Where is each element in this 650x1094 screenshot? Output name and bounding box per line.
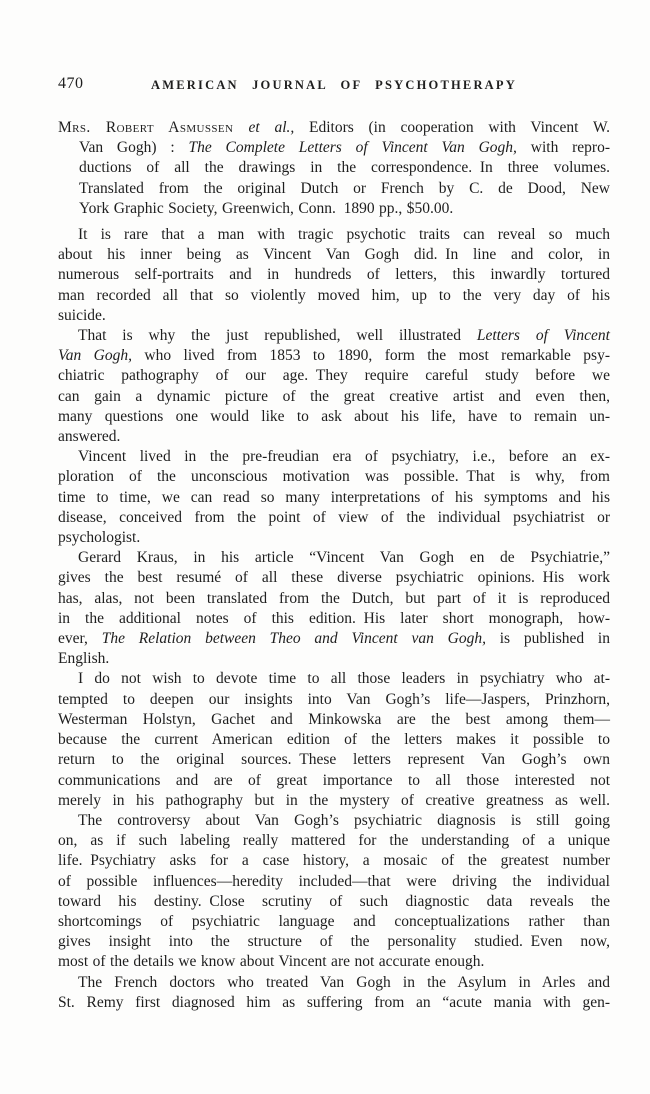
text-run: answered. <box>58 428 120 445</box>
text-run: in the additional notes of this edition.… <box>58 610 610 627</box>
paragraph: Vincent lived in the pre-freudian era of… <box>58 447 610 548</box>
text-line: merely in his pathography but in the mys… <box>58 791 610 811</box>
text-line: English. <box>58 649 610 669</box>
text-line: numerous self-portraits and in hundreds … <box>58 265 610 285</box>
text-line: return to the original sources. These le… <box>58 750 610 770</box>
text-line: many questions one would like to ask abo… <box>58 407 610 427</box>
text-line: suicide. <box>58 306 610 326</box>
text-line: disease, conceived from the point of vie… <box>58 508 610 528</box>
text-run: has, alas, not been translated from the … <box>58 590 610 607</box>
text-line: That is why the just republished, well i… <box>58 326 610 346</box>
text-line: communications and are of great importan… <box>58 771 610 791</box>
text-run: Westerman Holstyn, Gachet and Minkowska … <box>58 711 610 728</box>
text-run: It is rare that a man with tragic psycho… <box>78 226 610 243</box>
text-run: chiatric pathography of our age. They re… <box>58 367 610 384</box>
text-line: on, as if such labeling really mattered … <box>58 831 610 851</box>
text-line: time to time, we can read so many interp… <box>58 488 610 508</box>
text-line: life. Psychiatry asks for a case history… <box>58 851 610 871</box>
text-run: That is why the just republished, well i… <box>78 327 477 344</box>
text-run: who lived from 1853 to 1890, form the mo… <box>132 347 610 364</box>
text-run: ploration of the unconscious motivation … <box>58 468 610 485</box>
text-line: It is rare that a man with tragic psycho… <box>58 225 610 245</box>
text-line: man recorded all that so violently moved… <box>58 286 610 306</box>
text-run: I do not wish to devote time to all thos… <box>78 670 610 687</box>
text-line: can gain a dynamic picture of the great … <box>58 387 610 407</box>
text-run: because the current American edition of … <box>58 731 610 748</box>
paragraph: The French doctors who treated Van Gogh … <box>58 973 610 1013</box>
paragraph: Gerard Kraus, in his article “Vincent Va… <box>58 548 610 669</box>
text-line: Mrs. Robert Asmussen et al., Editors (in… <box>58 118 610 138</box>
text-run: gives the best resumé of all these diver… <box>58 569 610 586</box>
text-line: I do not wish to devote time to all thos… <box>58 669 610 689</box>
running-header: 470 AMERICAN JOURNAL OF PSYCHOTHERAPY <box>58 75 610 93</box>
text-line: ever, The Relation between Theo and Vinc… <box>58 629 610 649</box>
text-run: Van Gogh, <box>58 347 132 364</box>
text-run: Van Gogh) : <box>79 139 188 156</box>
text-run: shortcomings of psychiatric language and… <box>58 913 610 930</box>
text-run: Editors (in cooperation with Vincent W. <box>294 119 610 136</box>
citation-block: Mrs. Robert Asmussen et al., Editors (in… <box>58 118 610 219</box>
text-run: Translated from the original Dutch or Fr… <box>79 180 610 197</box>
text-line: Van Gogh, who lived from 1853 to 1890, f… <box>58 346 610 366</box>
text-line: St. Remy first diagnosed him as sufferin… <box>58 993 610 1013</box>
text-line: shortcomings of psychiatric language and… <box>58 912 610 932</box>
journal-title: AMERICAN JOURNAL OF PSYCHOTHERAPY <box>58 75 610 93</box>
text-line: gives the best resumé of all these diver… <box>58 568 610 588</box>
text-run: about his inner being as Vincent Van Gog… <box>58 246 610 263</box>
text-line: has, alas, not been translated from the … <box>58 589 610 609</box>
text-line: York Graphic Society, Greenwich, Conn. 1… <box>58 199 610 219</box>
text-line: chiatric pathography of our age. They re… <box>58 366 610 386</box>
text-run: is published in <box>486 630 610 647</box>
text-run: suicide. <box>58 307 106 324</box>
text-line: most of the details we know about Vincen… <box>58 952 610 972</box>
text-line: of possible influences—heredity included… <box>58 872 610 892</box>
text-run: many questions one would like to ask abo… <box>58 408 610 425</box>
text-run: ductions of all the drawings in the corr… <box>79 159 610 176</box>
text-line: Westerman Holstyn, Gachet and Minkowska … <box>58 710 610 730</box>
text-run: time to time, we can read so many interp… <box>58 489 610 506</box>
text-run: Mrs. Robert Asmussen <box>58 119 249 136</box>
text-line: ductions of all the drawings in the corr… <box>58 158 610 178</box>
text-column: 470 AMERICAN JOURNAL OF PSYCHOTHERAPY Mr… <box>58 0 610 1013</box>
text-run: Vincent lived in the pre-freudian era of… <box>78 448 610 465</box>
text-run: man recorded all that so violently moved… <box>58 287 610 304</box>
text-run: The controversy about Van Gogh’s psychia… <box>78 812 610 829</box>
text-run: The Complete Letters of Vincent Van Gogh… <box>188 139 516 156</box>
text-line: Van Gogh) : The Complete Letters of Vinc… <box>58 138 610 158</box>
text-line: Translated from the original Dutch or Fr… <box>58 179 610 199</box>
text-run: gives insight into the structure of the … <box>58 933 610 950</box>
text-run: return to the original sources. These le… <box>58 751 610 768</box>
text-line: tempted to deepen our insights into Van … <box>58 690 610 710</box>
text-line: Gerard Kraus, in his article “Vincent Va… <box>58 548 610 568</box>
text-line: ploration of the unconscious motivation … <box>58 467 610 487</box>
text-run: can gain a dynamic picture of the great … <box>58 388 610 405</box>
text-run: Gerard Kraus, in his article “Vincent Va… <box>78 549 610 566</box>
text-run: The French doctors who treated Van Gogh … <box>78 974 610 991</box>
review-body: It is rare that a man with tragic psycho… <box>58 225 610 1013</box>
text-run: with repro- <box>517 139 610 156</box>
text-line: because the current American edition of … <box>58 730 610 750</box>
text-run: numerous self-portraits and in hundreds … <box>58 266 610 283</box>
text-line: psychologist. <box>58 528 610 548</box>
text-run: of possible influences—heredity included… <box>58 873 610 890</box>
text-line: Vincent lived in the pre-freudian era of… <box>58 447 610 467</box>
text-run: psychologist. <box>58 529 140 546</box>
text-line: in the additional notes of this edition.… <box>58 609 610 629</box>
text-run: disease, conceived from the point of vie… <box>58 509 610 526</box>
text-run: toward his destiny. Close scrutiny of su… <box>58 893 610 910</box>
text-run: et al., <box>249 119 295 136</box>
text-line: The French doctors who treated Van Gogh … <box>58 973 610 993</box>
text-run: ever, <box>58 630 102 647</box>
text-run: life. Psychiatry asks for a case history… <box>58 852 610 869</box>
text-line: answered. <box>58 427 610 447</box>
text-line: The controversy about Van Gogh’s psychia… <box>58 811 610 831</box>
text-line: about his inner being as Vincent Van Gog… <box>58 245 610 265</box>
text-run: York Graphic Society, Greenwich, Conn. 1… <box>79 200 453 217</box>
paragraph: That is why the just republished, well i… <box>58 326 610 447</box>
page-number: 470 <box>58 75 84 93</box>
paragraph: The controversy about Van Gogh’s psychia… <box>58 811 610 973</box>
text-run: most of the details we know about Vincen… <box>58 953 484 970</box>
text-line: toward his destiny. Close scrutiny of su… <box>58 892 610 912</box>
text-line: gives insight into the structure of the … <box>58 932 610 952</box>
text-run: Letters of Vincent <box>477 327 610 344</box>
text-run: tempted to deepen our insights into Van … <box>58 691 610 708</box>
journal-page: 470 AMERICAN JOURNAL OF PSYCHOTHERAPY Mr… <box>0 0 650 1094</box>
paragraph: It is rare that a man with tragic psycho… <box>58 225 610 326</box>
text-run: English. <box>58 650 109 667</box>
text-run: The Relation between Theo and Vincent va… <box>102 630 486 647</box>
text-run: St. Remy first diagnosed him as sufferin… <box>58 994 610 1011</box>
text-run: on, as if such labeling really mattered … <box>58 832 610 849</box>
text-run: communications and are of great importan… <box>58 772 610 789</box>
text-run: merely in his pathography but in the mys… <box>58 792 610 809</box>
paragraph: I do not wish to devote time to all thos… <box>58 669 610 810</box>
